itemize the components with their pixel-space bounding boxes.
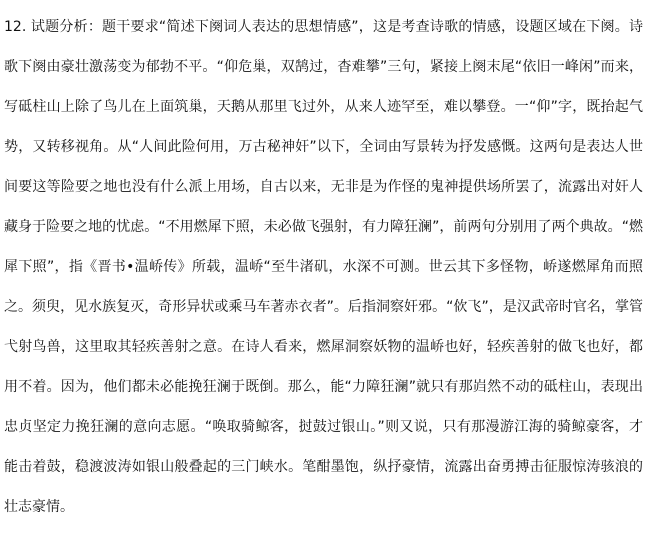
text-line-10: 用不着。因为，他们都未必能挽狂澜于既倒。那么，能“力障狂澜”就只有那岿然不动的砥… bbox=[4, 367, 643, 407]
text-line-2: 歌下阕由豪壮激荡变为郁勃不平。“仰危巢，双鹄过，杳难攀”三句，紧接上阕末尾“依旧… bbox=[4, 47, 643, 87]
text-line-3: 写砥柱山上除了鸟儿在上面筑巢，天鹅从那里飞过外，从来人迹罕至，难以攀登。一“仰”… bbox=[4, 87, 643, 127]
text-line-11: 忠贞坚定力挽狂澜的意向志愿。“唤取骑鲸客，挝鼓过银山。”则又说，只有那漫游江海的… bbox=[4, 407, 643, 447]
text-line-13: 壮志豪情。 bbox=[4, 487, 643, 527]
text-line-4: 势，又转移视角。从“人间此险何用，万古秘神奸”以下，全词由写景转为抒发感慨。这两… bbox=[4, 127, 643, 167]
text-line-7: 犀下照”，指《晋书•温峤传》所载，温峤“至牛渚矶，水深不可测。世云其下多怪物，峤… bbox=[4, 247, 643, 287]
analysis-document: 12. 试题分析：题干要求“简述下阕词人表达的思想情感”，这是考查诗歌的情感，设… bbox=[0, 0, 649, 538]
text-line-9: 弋射鸟兽，这里取其轻疾善射之意。在诗人看来，燃犀洞察妖物的温峤也好，轻疾善射的做… bbox=[4, 327, 643, 367]
text-line-6: 藏身于险要之地的忧虑。“不用燃犀下照，未必做飞强射，有力障狂澜”，前两句分别用了… bbox=[4, 207, 643, 247]
text-line-5: 间要这等险要之地也没有什么派上用场，自古以来，无非是为作怪的鬼神提供场所罢了，流… bbox=[4, 167, 643, 207]
text-line-12: 能击着鼓，稳渡波涛如银山般叠起的三门峡水。笔酣墨饱，纵抒豪情，流露出奋勇搏击征服… bbox=[4, 447, 643, 487]
text-line-8: 之。须臾，见水族复灭，奇形异状或乘马车著赤衣者”。后指洞察奸邪。“佽飞”，是汉武… bbox=[4, 287, 643, 327]
text-line-1: 12. 试题分析：题干要求“简述下阕词人表达的思想情感”，这是考查诗歌的情感，设… bbox=[4, 7, 643, 47]
